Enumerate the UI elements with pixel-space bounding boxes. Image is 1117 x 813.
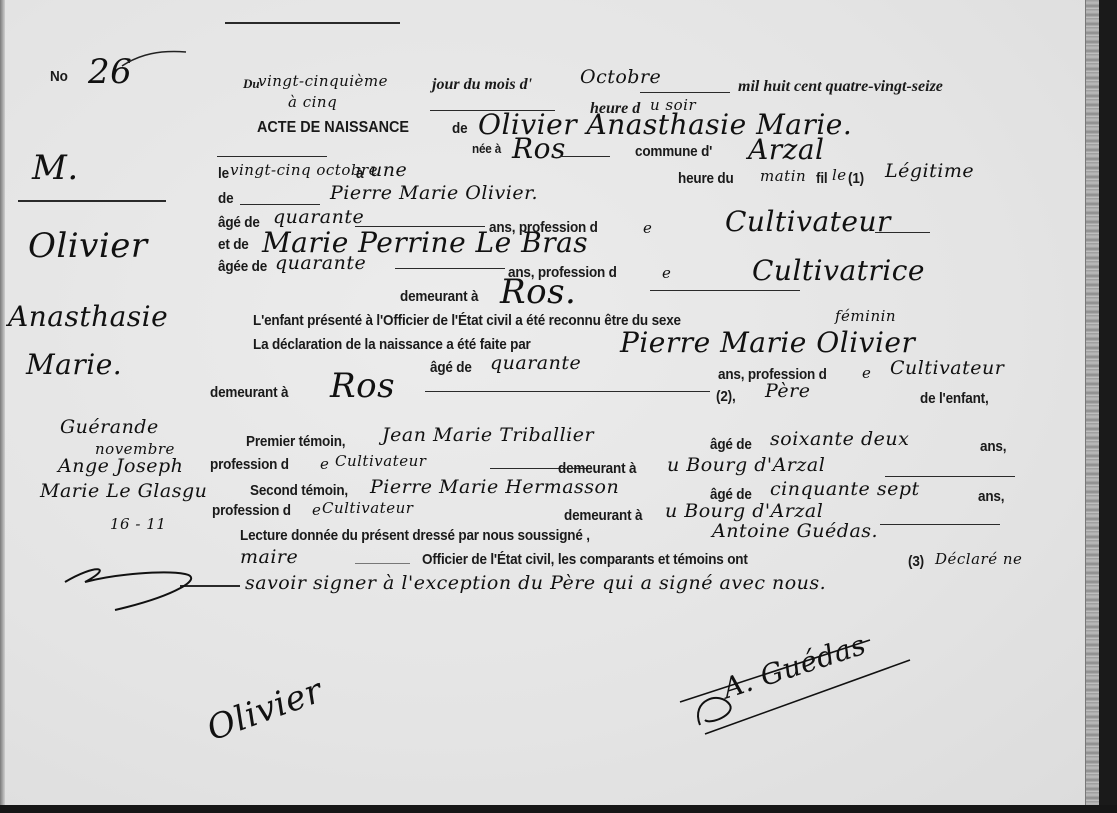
father-name: Pierre Marie Olivier. xyxy=(330,182,538,204)
father-age-label: âgé de xyxy=(218,214,260,231)
signing-line-1: Déclaré ne xyxy=(935,550,1022,568)
declarant-profession-suffix: e xyxy=(862,364,871,382)
margin-annotation-spouse-surname: Marie Le Glasgu xyxy=(40,480,207,502)
month-rule xyxy=(640,92,730,93)
document-page: No 26 Du vingt-cinquième jour du mois d'… xyxy=(0,0,1098,805)
witness1-age-label: âgé de xyxy=(710,436,752,453)
witness2-residence: u Bourg d'Arzal xyxy=(665,500,823,522)
witness1-age: soixante deux xyxy=(770,428,909,450)
birth-hour-label: heure du xyxy=(678,170,734,187)
witness1-residence-label: demeurant à xyxy=(558,460,636,477)
witness1-profession: Cultivateur xyxy=(335,452,426,470)
declarant-age: quarante xyxy=(490,352,581,374)
page-binding xyxy=(1085,0,1100,805)
fille-label: fil xyxy=(816,170,827,187)
witness2-profession-suffix: e xyxy=(312,501,321,519)
father-rule xyxy=(240,204,320,205)
fille-suffix: le xyxy=(832,166,847,184)
commune-name: Arzal xyxy=(748,133,825,166)
margin-rule xyxy=(18,200,166,202)
margin-initial: M. xyxy=(32,148,79,188)
header-day-label: jour du mois d' xyxy=(432,76,532,94)
father-profession: Cultivateur xyxy=(725,205,891,238)
witness2-residence-label: demeurant à xyxy=(564,507,642,524)
commune-label: commune d' xyxy=(635,143,712,160)
witness1-name: Jean Marie Triballier xyxy=(382,424,594,446)
father-signature: Olivier xyxy=(202,671,328,749)
margin-annotation-guerande: Guérande xyxy=(60,416,159,438)
mother-age: quarante xyxy=(275,252,366,274)
born-rule xyxy=(217,156,327,157)
mother-age-label: âgée de xyxy=(218,258,267,275)
record-title: ACTE DE NAISSANCE xyxy=(257,119,409,137)
witness1-profession-label: profession d xyxy=(210,456,289,473)
declarant-residence-rule xyxy=(425,391,710,392)
officer-title-rule xyxy=(355,563,410,564)
margin-given-1: Anasthasie xyxy=(8,300,168,333)
born-place: Ros xyxy=(512,132,566,165)
witness1-profession-suffix: e xyxy=(320,455,329,473)
birth-hour-prefix: à xyxy=(356,165,363,182)
witness2-age: cinquante sept xyxy=(770,478,920,500)
top-rule xyxy=(225,22,400,24)
residence-label: demeurant à xyxy=(400,288,478,305)
father-label: de xyxy=(218,190,233,207)
declarant-age-label: âgé de xyxy=(430,359,472,376)
birth-period: matin xyxy=(760,167,806,185)
mother-profession-suffix: e xyxy=(662,264,671,282)
declarant-profession: Cultivateur xyxy=(890,357,1004,379)
margin-given-2: Marie. xyxy=(26,348,122,381)
mother-age-rule xyxy=(395,268,505,269)
note-ref-2: (2), xyxy=(716,388,736,405)
witness1-age-suffix: ans, xyxy=(980,438,1006,455)
margin-annotation-spouse-given: Ange Joseph xyxy=(58,455,183,477)
officer-title: maire xyxy=(240,546,298,568)
declarant-relation: Père xyxy=(765,380,811,402)
scan-border-right xyxy=(1099,0,1117,813)
witness2-residence-rule xyxy=(880,524,1000,525)
witness2-profession-label: profession d xyxy=(212,502,291,519)
born-place-rule xyxy=(560,156,610,157)
declarant-name: Pierre Marie Olivier xyxy=(620,326,915,359)
margin-surname: Olivier xyxy=(28,226,148,266)
scan-border-bottom xyxy=(0,805,1117,813)
officer-name: Antoine Guédas. xyxy=(712,520,878,542)
header-hour: à cinq xyxy=(288,93,337,111)
witness1-label: Premier témoin, xyxy=(246,433,345,450)
father-age: quarante xyxy=(273,206,364,228)
father-profession-rule xyxy=(875,232,930,233)
witness2-age-suffix: ans, xyxy=(978,488,1004,505)
presented-text: L'enfant présenté à l'Officier de l'État… xyxy=(253,312,681,329)
witness1-residence: u Bourg d'Arzal xyxy=(667,454,825,476)
residence: Ros. xyxy=(500,272,576,312)
officer-text: Officier de l'État civil, les comparants… xyxy=(422,551,748,568)
legitimacy: Légitime xyxy=(885,160,974,182)
margin-paraph-icon xyxy=(55,560,215,615)
record-number-label: No xyxy=(50,68,68,85)
mother-profession: Cultivatrice xyxy=(752,254,925,287)
date-label: le xyxy=(218,165,229,182)
witness2-profession: Cultivateur xyxy=(322,499,413,517)
witness2-label: Second témoin, xyxy=(250,482,348,499)
mother-label: et de xyxy=(218,236,249,253)
reading-text: Lecture donnée du présent dressé par nou… xyxy=(240,527,590,544)
page-left-edge xyxy=(0,0,5,805)
declarant-residence-label: demeurant à xyxy=(210,384,288,401)
residence-rule xyxy=(650,290,800,291)
title-de: de xyxy=(452,120,467,137)
father-profession-suffix: e xyxy=(643,219,652,237)
number-flourish xyxy=(120,48,190,68)
witness1-residence-rule xyxy=(885,476,1015,477)
signing-line-2: savoir signer à l'exception du Père qui … xyxy=(245,572,826,594)
margin-annotation-date: 16 - 11 xyxy=(110,515,166,533)
header-day: vingt-cinquième xyxy=(258,72,388,90)
witness2-name: Pierre Marie Hermasson xyxy=(370,476,619,498)
declarant-residence: Ros xyxy=(330,366,395,406)
sex: féminin xyxy=(835,307,896,325)
born-label: née à xyxy=(472,141,501,156)
header-year: mil huit cent quatre-vingt-seize xyxy=(738,78,943,96)
note-ref-1: (1) xyxy=(848,170,864,187)
note-ref-3: (3) xyxy=(908,553,924,570)
declaration-text: La déclaration de la naissance a été fai… xyxy=(253,336,531,353)
header-month: Octobre xyxy=(580,66,661,88)
birth-hour: une xyxy=(370,159,407,181)
declarant-relation-suffix: de l'enfant, xyxy=(920,390,989,407)
